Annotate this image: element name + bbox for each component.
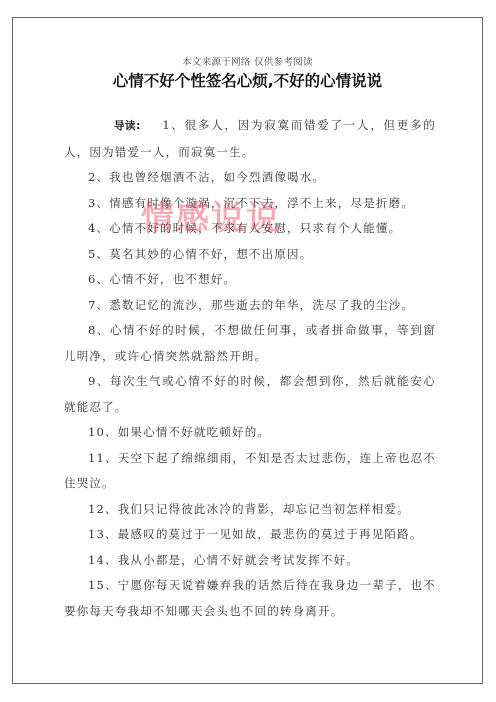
paragraph-10: 10、如果心情不好就吃顿好的。 xyxy=(64,420,436,446)
source-note: 本文来源于网络 仅供参考阅读 xyxy=(13,54,482,68)
document-title: 心情不好个性签名心烦,不好的心情说说 xyxy=(13,69,482,91)
paragraph-6: 6、心情不好，也不想好。 xyxy=(64,267,436,293)
paragraph-9: 9、每次生气或心情不好的时候，都会想到你，然后就能安心就能忍了。 xyxy=(64,369,436,420)
document-page: 本文来源于网络 仅供参考阅读 心情不好个性签名心烦,不好的心情说说 导读:1、很… xyxy=(12,17,483,684)
lead-label: 导读: xyxy=(114,120,140,132)
paragraph-12: 12、我们只记得彼此冰冷的背影，却忘记当初怎样相爱。 xyxy=(64,497,436,523)
paragraph-13: 13、最感叹的莫过于一见如故，最悲伤的莫过于再见陌路。 xyxy=(64,522,436,548)
paragraph-11: 11、天空下起了绵绵细雨，不知是否太过悲伤，连上帝也忍不住哭泣。 xyxy=(64,446,436,497)
paragraph-14: 14、我从小都是，心情不好就会考试发挥不好。 xyxy=(64,548,436,574)
paragraph-15: 15、宁愿你每天说着嫌弃我的话然后待在我身边一辈子，也不要你每天夸我却不知哪天会… xyxy=(64,573,436,624)
document-body: 导读:1、很多人，因为寂寞而错爱了一人，但更多的人，因为错爱一人，而寂寞一生。 … xyxy=(64,113,436,624)
paragraph-4: 4、心情不好的时候，不求有人安慰，只求有个人能懂。 xyxy=(64,216,436,242)
paragraph-5: 5、莫名其妙的心情不好，想不出原因。 xyxy=(64,242,436,268)
paragraph-7: 7、悉数记忆的流沙，那些逝去的年华，洗尽了我的尘沙。 xyxy=(64,293,436,319)
paragraph-3: 3、情感有时像个漩涡，沉不下去，浮不上来，尽是折磨。 xyxy=(64,191,436,217)
paragraph-8: 8、心情不好的时候，不想做任何事，或者拼命做事，等到窗儿明净，或许心情突然就豁然… xyxy=(64,318,436,369)
paragraph-1: 导读:1、很多人，因为寂寞而错爱了一人，但更多的人，因为错爱一人，而寂寞一生。 xyxy=(64,113,436,165)
paragraph-2: 2、我也曾经烟酒不沾，如今烈酒像喝水。 xyxy=(64,165,436,191)
